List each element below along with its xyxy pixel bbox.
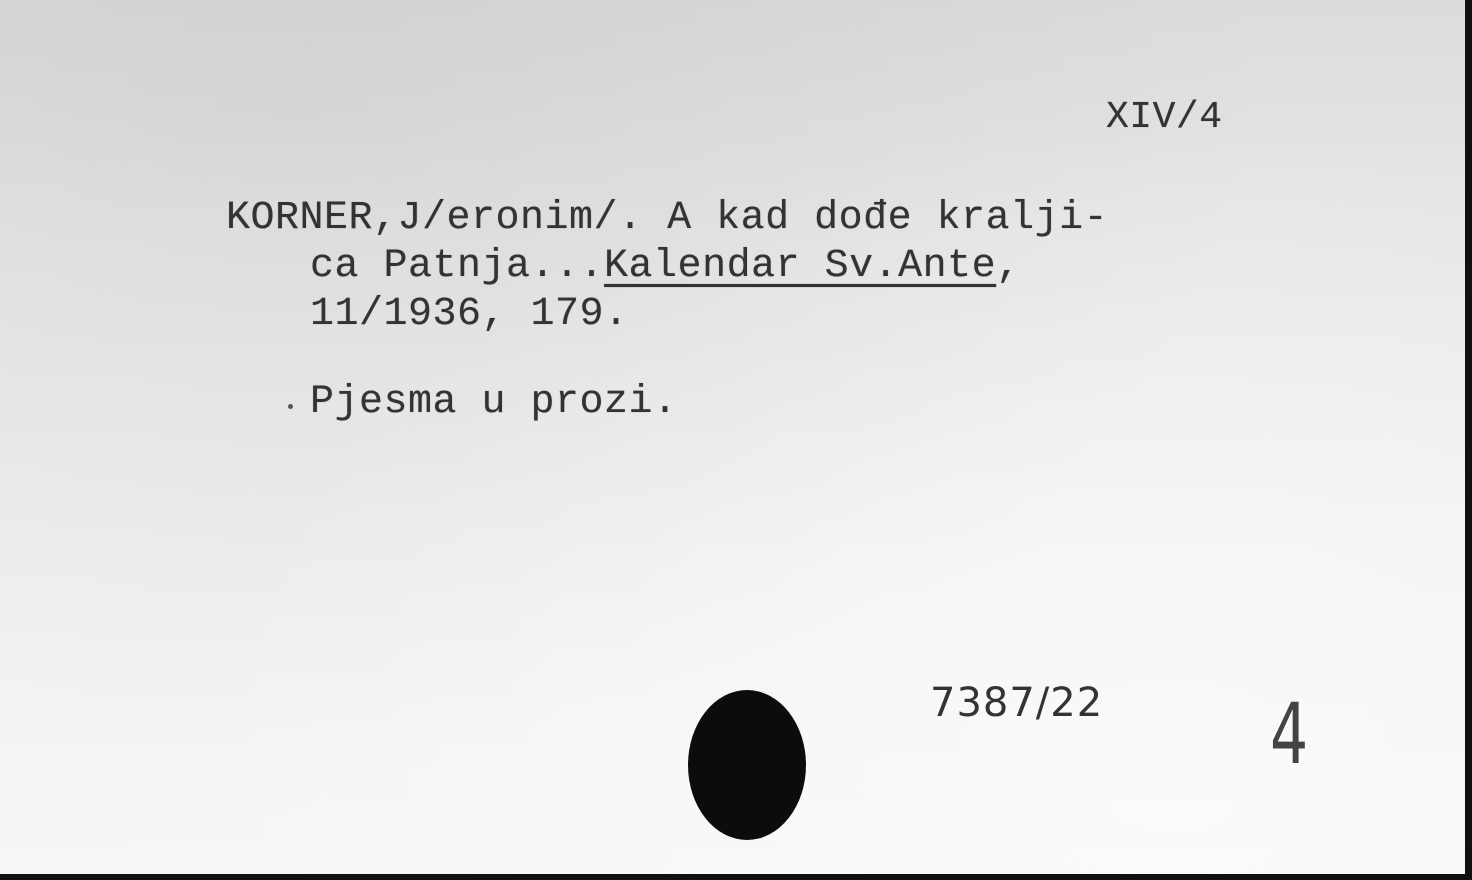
author-name-bracket: /eronim/ <box>422 196 618 241</box>
author-surname: KORNER,J <box>226 196 422 241</box>
publication-title: Kalendar Sv.Ante <box>604 244 996 289</box>
entry-line-2: ca Patnja...Kalendar Sv.Ante, <box>310 244 1021 289</box>
entry-note: Pjesma u prozi. <box>310 380 678 425</box>
call-number: XIV/4 <box>1106 96 1223 139</box>
punctuation: , <box>996 244 1021 289</box>
bullet-dot-icon <box>288 404 293 409</box>
card-edge-right <box>1465 0 1472 880</box>
accession-number: 7387/22 <box>930 680 1103 726</box>
catalog-card: XIV/4 KORNER,J/eronim/. A kad dođe kralj… <box>0 0 1465 874</box>
entry-line-1: KORNER,J/eronim/. A kad dođe kralji- <box>226 196 1108 241</box>
card-edge-bottom <box>0 874 1472 880</box>
title-start: . A kad dođe kralji- <box>618 196 1108 241</box>
entry-line-3-issue-page: 11/1936, 179. <box>310 292 629 337</box>
title-end: ca Patnja... <box>310 244 604 289</box>
punch-hole-icon <box>688 690 806 840</box>
handwritten-mark: 4 <box>1270 686 1308 784</box>
